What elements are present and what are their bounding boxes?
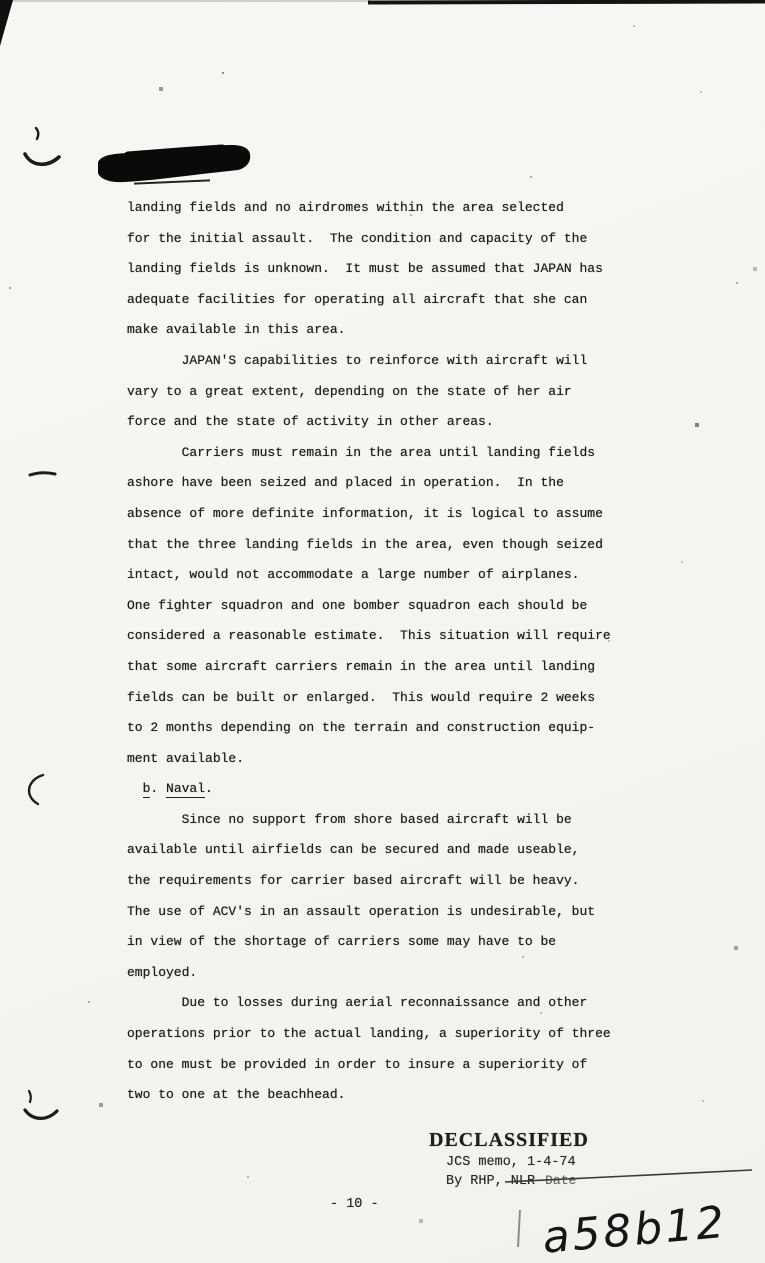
text-line: vary to a great extent, depending on the… (127, 384, 611, 415)
text-line: for the initial assault. The condition a… (127, 231, 611, 262)
text-line: to 2 months depending on the terrain and… (127, 720, 611, 751)
text-line: in view of the shortage of carriers some… (127, 934, 611, 965)
stamp-strikethrough-line (504, 1163, 756, 1187)
text-line: employed. (127, 965, 611, 996)
text-line: intact, would not accommodate a large nu… (127, 567, 611, 598)
pen-mark-top-left (20, 122, 70, 172)
text-line: that the three landing fields in the are… (127, 537, 611, 568)
text-line: considered a reasonable estimate. This s… (127, 628, 611, 659)
text-line: JAPAN'S capabilities to reinforce with a… (127, 353, 611, 384)
text-line: ment available. (127, 751, 611, 782)
text-line: absence of more definite information, it… (127, 506, 611, 537)
scan-noise (0, 0, 2, 2)
stamp-title: DECLASSIFIED (429, 1129, 589, 1152)
text-line: the requirements for carrier based aircr… (127, 873, 611, 904)
text-line: Due to losses during aerial reconnaissan… (127, 995, 611, 1026)
svg-text:a58b12: a58b12 (540, 1197, 729, 1262)
scan-edge-top-faint (0, 0, 370, 2)
text-line: that some aircraft carriers remain in th… (127, 659, 611, 690)
text-line: landing fields and no airdromes within t… (127, 200, 611, 231)
text-line: The use of ACV's in an assault operation… (127, 904, 611, 935)
scan-corner-artifact (0, 0, 13, 46)
text-line: available until airfields can be secured… (127, 842, 611, 873)
text-line: Since no support from shore based aircra… (127, 812, 611, 843)
text-line: Carriers must remain in the area until l… (127, 445, 611, 476)
pen-mark-curve (22, 772, 52, 808)
text-line: landing fields is unknown. It must be as… (127, 261, 611, 292)
text-line: ashore have been seized and placed in op… (127, 475, 611, 506)
text-line: operations prior to the actual landing, … (127, 1026, 611, 1057)
scanned-document-page: landing fields and no airdromes within t… (0, 0, 765, 1263)
text-line: fields can be built or enlarged. This wo… (127, 690, 611, 721)
pen-tick-mark (517, 1210, 521, 1247)
text-line: two to one at the beachhead. (127, 1087, 611, 1118)
pen-mark-bottom-left (20, 1086, 64, 1128)
scan-edge-top (368, 0, 765, 5)
document-body: landing fields and no airdromes within t… (127, 200, 611, 1118)
text-line: adequate facilities for operating all ai… (127, 292, 611, 323)
page-number: - 10 - (330, 1197, 379, 1212)
pen-mark-dash (28, 466, 60, 482)
text-line: make available in this area. (127, 322, 611, 353)
section-heading-naval: b. Naval. (127, 781, 611, 812)
text-line: One fighter squadron and one bomber squa… (127, 598, 611, 629)
text-line: to one must be provided in order to insu… (127, 1057, 611, 1088)
handwritten-number: a58b12 (528, 1190, 758, 1262)
text-line: force and the state of activity in other… (127, 414, 611, 445)
